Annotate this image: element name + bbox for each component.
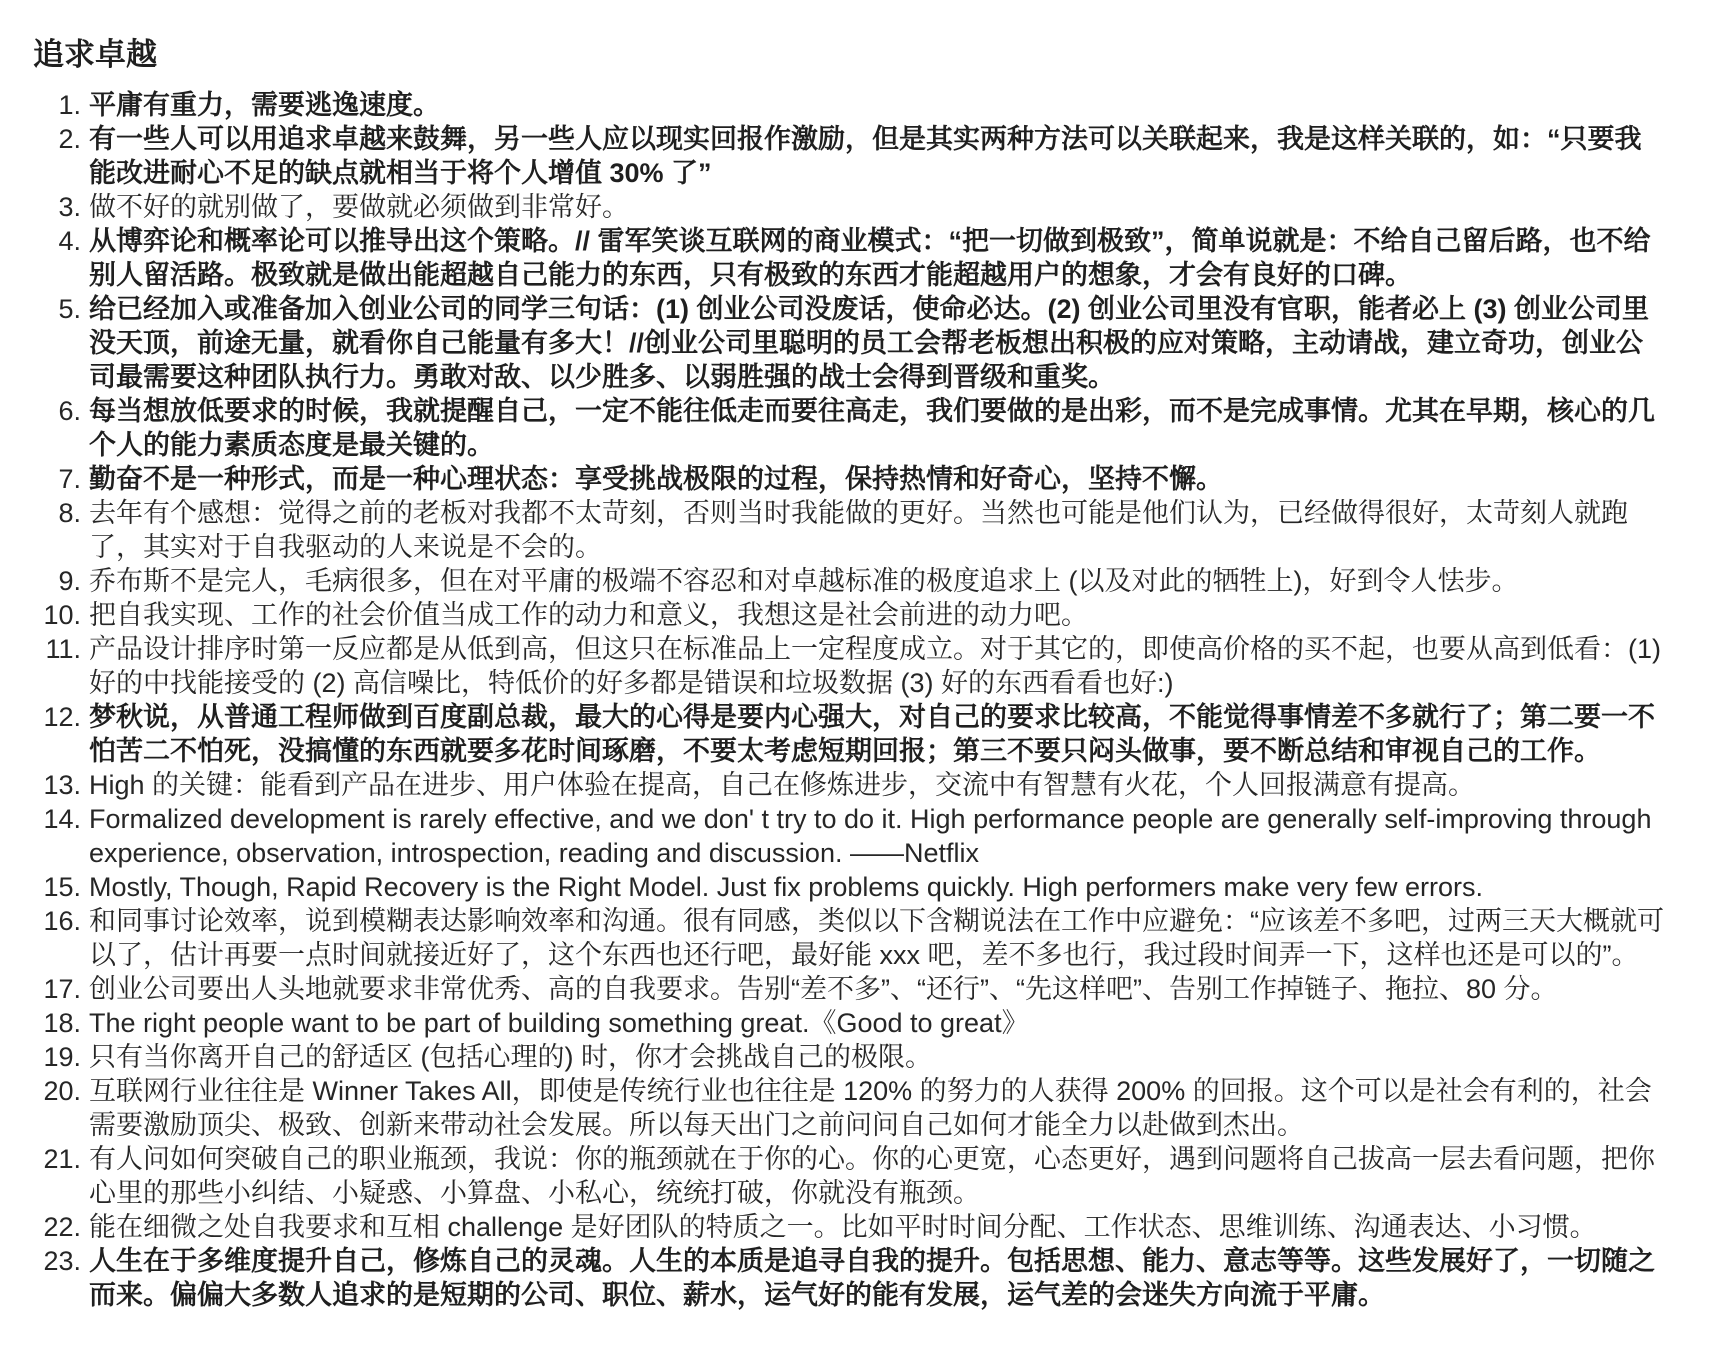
item-text: 乔布斯不是完人，毛病很多，但在对平庸的极端不容忍和对卓越标准的极度追求上 (以及… [89, 564, 1668, 598]
item-number: 13. [33, 768, 89, 802]
list-item: 8.去年有个感想：觉得之前的老板对我都不太苛刻，否则当时我能做的更好。当然也可能… [33, 496, 1668, 564]
item-number: 23. [33, 1244, 89, 1278]
item-text: 能在细微之处自我要求和互相 challenge 是好团队的特质之一。比如平时时间… [89, 1210, 1668, 1244]
item-text: Formalized development is rarely effecti… [89, 802, 1668, 870]
item-number: 7. [33, 462, 89, 496]
list-item: 19.只有当你离开自己的舒适区 (包括心理的) 时，你才会挑战自己的极限。 [33, 1040, 1668, 1074]
list-item: 11.产品设计排序时第一反应都是从低到高，但这只在标准品上一定程度成立。对于其它… [33, 632, 1668, 700]
item-text: Mostly, Though, Rapid Recovery is the Ri… [89, 870, 1668, 904]
item-text: 做不好的就别做了，要做就必须做到非常好。 [89, 190, 1668, 224]
list-item: 9.乔布斯不是完人，毛病很多，但在对平庸的极端不容忍和对卓越标准的极度追求上 (… [33, 564, 1668, 598]
document-page: 追求卓越 1.平庸有重力，需要逃逸速度。2.有一些人可以用追求卓越来鼓舞，另一些… [0, 0, 1714, 1348]
list-item: 23.人生在于多维度提升自己，修炼自己的灵魂。人生的本质是追寻自我的提升。包括思… [33, 1244, 1668, 1312]
item-text: 给已经加入或准备加入创业公司的同学三句话：(1) 创业公司没废话，使命必达。(2… [89, 292, 1668, 394]
item-number: 17. [33, 972, 89, 1006]
list-item: 10.把自我实现、工作的社会价值当成工作的动力和意义，我想这是社会前进的动力吧。 [33, 598, 1668, 632]
item-text: 互联网行业往往是 Winner Takes All，即使是传统行业也往往是 12… [89, 1074, 1668, 1142]
item-number: 9. [33, 564, 89, 598]
list-item: 1.平庸有重力，需要逃逸速度。 [33, 88, 1668, 122]
item-number: 10. [33, 598, 89, 632]
item-text: 每当想放低要求的时候，我就提醒自己，一定不能往低走而要往高走，我们要做的是出彩，… [89, 394, 1668, 462]
item-text: 人生在于多维度提升自己，修炼自己的灵魂。人生的本质是追寻自我的提升。包括思想、能… [89, 1244, 1668, 1312]
item-text: 去年有个感想：觉得之前的老板对我都不太苛刻，否则当时我能做的更好。当然也可能是他… [89, 496, 1668, 564]
item-text: 有一些人可以用追求卓越来鼓舞，另一些人应以现实回报作激励，但是其实两种方法可以关… [89, 122, 1668, 190]
item-text: 有人问如何突破自己的职业瓶颈，我说：你的瓶颈就在于你的心。你的心更宽，心态更好，… [89, 1142, 1668, 1210]
list-item: 15.Mostly, Though, Rapid Recovery is the… [33, 870, 1668, 904]
list-item: 20.互联网行业往往是 Winner Takes All，即使是传统行业也往往是… [33, 1074, 1668, 1142]
item-text: 从博弈论和概率论可以推导出这个策略。// 雷军笑谈互联网的商业模式：“把一切做到… [89, 224, 1668, 292]
item-text: 产品设计排序时第一反应都是从低到高，但这只在标准品上一定程度成立。对于其它的，即… [89, 632, 1668, 700]
item-number: 2. [33, 122, 89, 156]
numbered-list: 1.平庸有重力，需要逃逸速度。2.有一些人可以用追求卓越来鼓舞，另一些人应以现实… [33, 88, 1668, 1312]
item-number: 1. [33, 88, 89, 122]
page-title: 追求卓越 [33, 36, 1668, 74]
item-text: High 的关键：能看到产品在进步、用户体验在提高，自己在修炼进步，交流中有智慧… [89, 768, 1668, 802]
item-text: 把自我实现、工作的社会价值当成工作的动力和意义，我想这是社会前进的动力吧。 [89, 598, 1668, 632]
item-number: 21. [33, 1142, 89, 1176]
item-number: 14. [33, 802, 89, 836]
list-item: 18.The right people want to be part of b… [33, 1006, 1668, 1040]
item-text: 梦秋说，从普通工程师做到百度副总裁，最大的心得是要内心强大，对自己的要求比较高，… [89, 700, 1668, 768]
list-item: 5.给已经加入或准备加入创业公司的同学三句话：(1) 创业公司没废话，使命必达。… [33, 292, 1668, 394]
item-number: 3. [33, 190, 89, 224]
item-number: 6. [33, 394, 89, 428]
item-text: The right people want to be part of buil… [89, 1006, 1668, 1040]
list-item: 7.勤奋不是一种形式，而是一种心理状态：享受挑战极限的过程，保持热情和好奇心，坚… [33, 462, 1668, 496]
item-number: 16. [33, 904, 89, 938]
list-item: 16.和同事讨论效率，说到模糊表达影响效率和沟通。很有同感，类似以下含糊说法在工… [33, 904, 1668, 972]
list-item: 17.创业公司要出人头地就要求非常优秀、高的自我要求。告别“差不多”、“还行”、… [33, 972, 1668, 1006]
item-text: 只有当你离开自己的舒适区 (包括心理的) 时，你才会挑战自己的极限。 [89, 1040, 1668, 1074]
item-number: 5. [33, 292, 89, 326]
list-item: 6.每当想放低要求的时候，我就提醒自己，一定不能往低走而要往高走，我们要做的是出… [33, 394, 1668, 462]
list-item: 13.High 的关键：能看到产品在进步、用户体验在提高，自己在修炼进步，交流中… [33, 768, 1668, 802]
item-number: 15. [33, 870, 89, 904]
list-item: 22.能在细微之处自我要求和互相 challenge 是好团队的特质之一。比如平… [33, 1210, 1668, 1244]
item-number: 12. [33, 700, 89, 734]
item-number: 20. [33, 1074, 89, 1108]
list-item: 12.梦秋说，从普通工程师做到百度副总裁，最大的心得是要内心强大，对自己的要求比… [33, 700, 1668, 768]
item-text: 和同事讨论效率，说到模糊表达影响效率和沟通。很有同感，类似以下含糊说法在工作中应… [89, 904, 1668, 972]
item-number: 19. [33, 1040, 89, 1074]
item-number: 8. [33, 496, 89, 530]
item-text: 平庸有重力，需要逃逸速度。 [89, 88, 1668, 122]
item-number: 4. [33, 224, 89, 258]
item-text: 勤奋不是一种形式，而是一种心理状态：享受挑战极限的过程，保持热情和好奇心，坚持不… [89, 462, 1668, 496]
list-item: 2.有一些人可以用追求卓越来鼓舞，另一些人应以现实回报作激励，但是其实两种方法可… [33, 122, 1668, 190]
item-text: 创业公司要出人头地就要求非常优秀、高的自我要求。告别“差不多”、“还行”、“先这… [89, 972, 1668, 1006]
list-item: 3.做不好的就别做了，要做就必须做到非常好。 [33, 190, 1668, 224]
item-number: 18. [33, 1006, 89, 1040]
list-item: 4.从博弈论和概率论可以推导出这个策略。// 雷军笑谈互联网的商业模式：“把一切… [33, 224, 1668, 292]
list-item: 21.有人问如何突破自己的职业瓶颈，我说：你的瓶颈就在于你的心。你的心更宽，心态… [33, 1142, 1668, 1210]
item-number: 22. [33, 1210, 89, 1244]
item-number: 11. [33, 632, 89, 666]
list-item: 14.Formalized development is rarely effe… [33, 802, 1668, 870]
